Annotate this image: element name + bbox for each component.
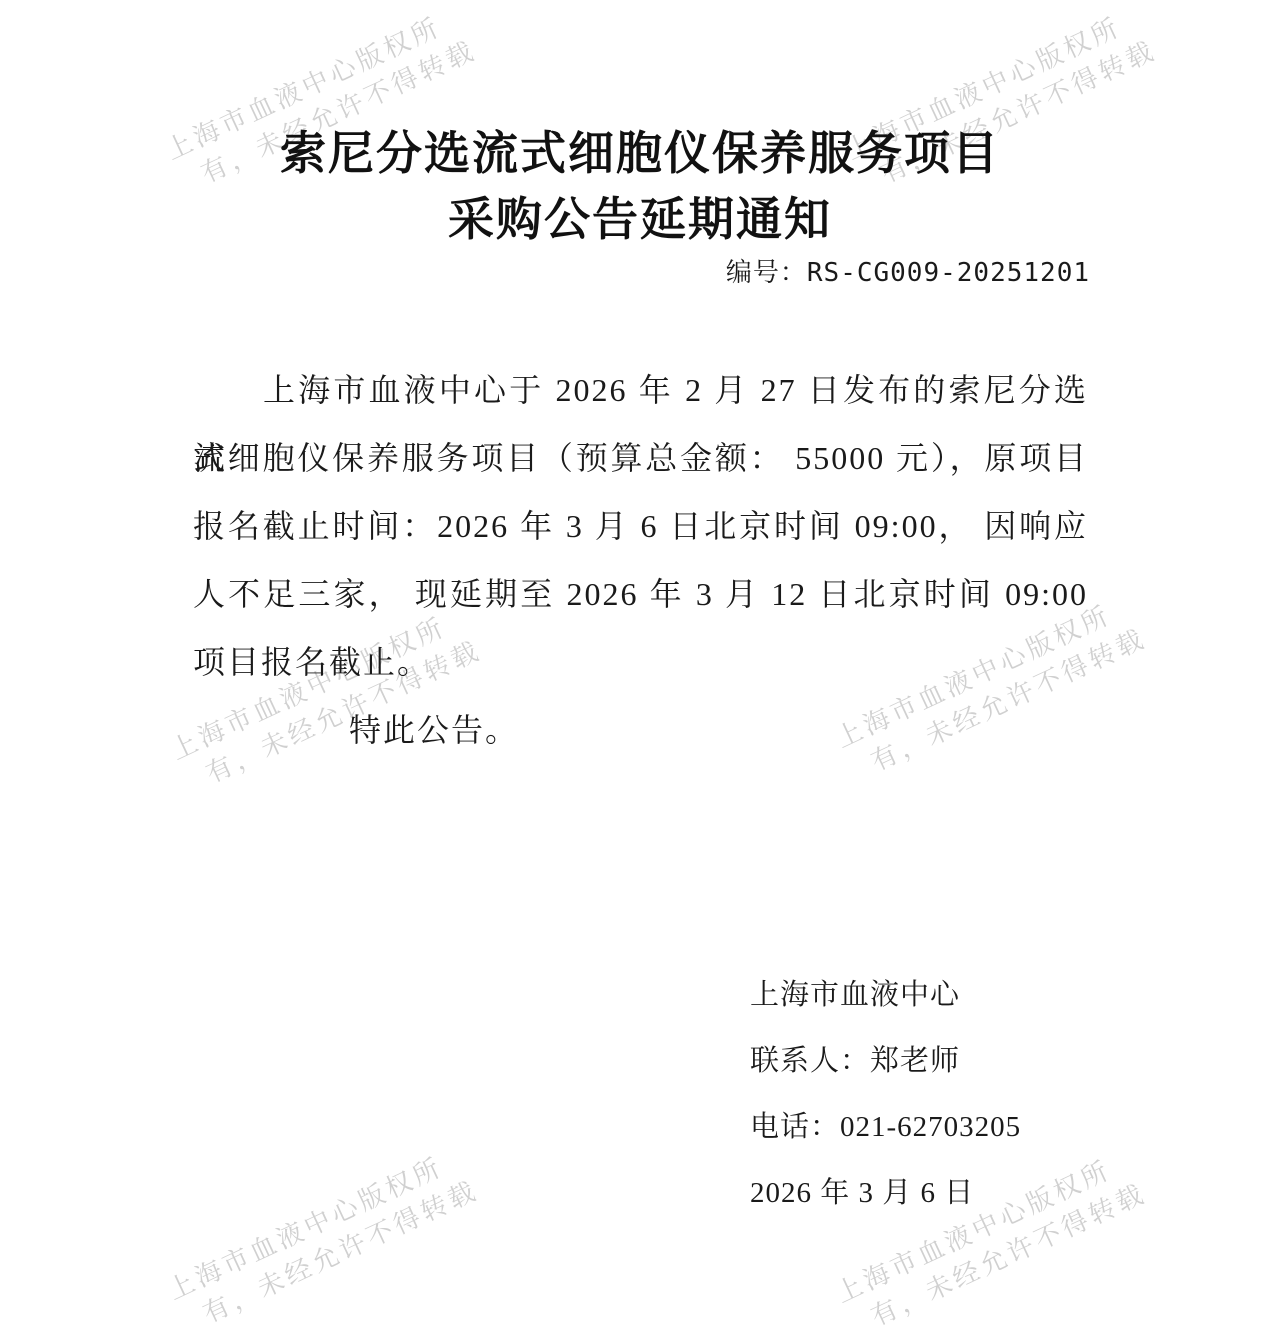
body-line: 报名截止时间：2026 年 3 月 6 日北京时间 09:00， 因响应 [193,492,1088,560]
document-title-line2: 采购公告延期通知 [0,194,1280,245]
body-line: 式细胞仪保养服务项目（预算总金额： 55000 元），原项目 [193,424,1088,492]
document-number: 编号：RS-CG009-20251201 [726,252,1090,289]
watermark-text-line1: 上海市血液中心版权所 [162,1139,469,1308]
watermark-text-line2: 有，未经允许不得转载 [177,1172,484,1338]
signature-block: 上海市血液中心 联系人：郑老师 电话：021-62703205 2026 年 3… [750,962,1021,1226]
body-paragraph: 上海市血液中心于 2026 年 2 月 27 日发布的索尼分选流 式细胞仪保养服… [193,356,1088,764]
document-page: 上海市血液中心版权所 有，未经允许不得转载 上海市血液中心版权所 有，未经允许不… [0,0,1280,1338]
closing-line: 特此公告。 [193,696,1088,764]
signature-contact: 联系人：郑老师 [750,1028,1021,1094]
body-line: 项目报名截止。 [193,628,1088,696]
signature-org: 上海市血液中心 [750,962,1021,1028]
document-title-line1: 索尼分选流式细胞仪保养服务项目 [0,128,1280,179]
signature-date: 2026 年 3 月 6 日 [750,1160,1021,1226]
signature-phone: 电话：021-62703205 [750,1094,1021,1160]
body-line: 上海市血液中心于 2026 年 2 月 27 日发布的索尼分选流 [193,356,1088,424]
body-line: 人不足三家， 现延期至 2026 年 3 月 12 日北京时间 09:00 [193,560,1088,628]
copyright-watermark: 上海市血液中心版权所 有，未经允许不得转载 [162,1139,484,1338]
